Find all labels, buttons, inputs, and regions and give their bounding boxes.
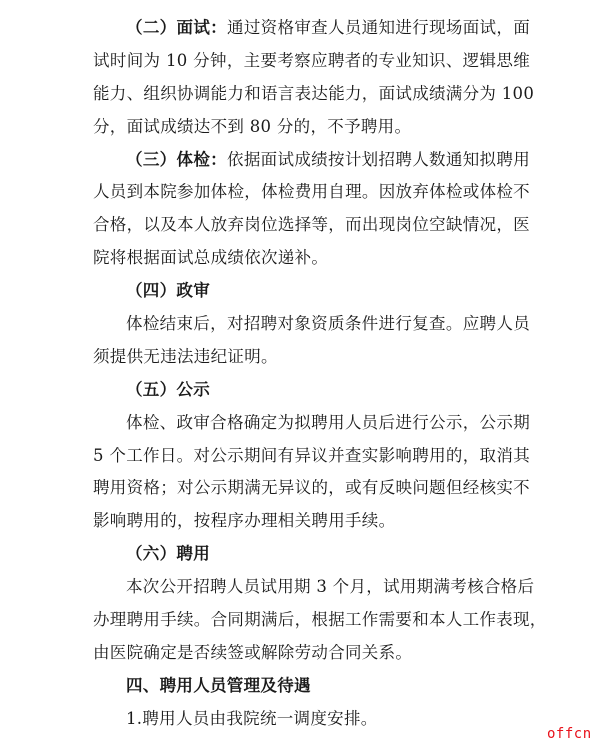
physical-exam-paragraph-line-1: （三）体检：依据面试成绩按计划招聘人数通知拟聘用 bbox=[93, 144, 530, 177]
employment-paragraph-line-2: 办理聘用手续。合同期满后，根据工作需要和本人工作表现， bbox=[93, 604, 530, 637]
management-paragraph-line-1: 1.聘用人员由我院统一调度安排。 bbox=[93, 703, 530, 736]
political-review-paragraph-line-2: 须提供无违法违纪证明。 bbox=[93, 341, 530, 374]
offcn-watermark-logo: offcn bbox=[547, 726, 592, 742]
physical-exam-paragraph-line-4: 院将根据面试总成绩依次递补。 bbox=[93, 242, 530, 275]
section-title-political-review: （四）政审 bbox=[93, 275, 530, 308]
section-title-management: 四、聘用人员管理及待遇 bbox=[93, 670, 530, 703]
publicity-paragraph-line-4: 影响聘用的，按程序办理相关聘用手续。 bbox=[93, 505, 530, 538]
political-review-paragraph-line-1: 体检结束后，对招聘对象资质条件进行复查。应聘人员 bbox=[93, 308, 530, 341]
document-page: （二）面试：通过资格审查人员通知进行现场面试，面 试时间为 10 分钟，主要考察… bbox=[93, 12, 530, 736]
section-title-interview: （二）面试： bbox=[126, 18, 227, 37]
employment-paragraph-line-1: 本次公开招聘人员试用期 3 个月，试用期满考核合格后 bbox=[93, 571, 530, 604]
section-title-physical-exam: （三）体检： bbox=[126, 150, 227, 169]
interview-paragraph-line-3: 能力、组织协调能力和语言表达能力，面试成绩满分为 100 bbox=[93, 78, 530, 111]
section-title-employment: （六）聘用 bbox=[93, 538, 530, 571]
physical-exam-paragraph-line-3: 合格，以及本人放弃岗位选择等，而出现岗位空缺情况，医 bbox=[93, 209, 530, 242]
interview-paragraph-line-1: （二）面试：通过资格审查人员通知进行现场面试，面 bbox=[93, 12, 530, 45]
interview-paragraph-line-4: 分，面试成绩达不到 80 分的，不予聘用。 bbox=[93, 111, 530, 144]
employment-paragraph-line-3: 由医院确定是否续签或解除劳动合同关系。 bbox=[93, 637, 530, 670]
section-title-publicity: （五）公示 bbox=[93, 374, 530, 407]
publicity-paragraph-line-2: 5 个工作日。对公示期间有异议并查实影响聘用的，取消其 bbox=[93, 440, 530, 473]
publicity-paragraph-line-1: 体检、政审合格确定为拟聘用人员后进行公示，公示期 bbox=[93, 407, 530, 440]
publicity-paragraph-line-3: 聘用资格；对公示期满无异议的，或有反映问题但经核实不 bbox=[93, 472, 530, 505]
interview-paragraph-line-2: 试时间为 10 分钟，主要考察应聘者的专业知识、逻辑思维 bbox=[93, 45, 530, 78]
physical-exam-paragraph-line-2: 人员到本院参加体检，体检费用自理。因放弃体检或体检不 bbox=[93, 176, 530, 209]
